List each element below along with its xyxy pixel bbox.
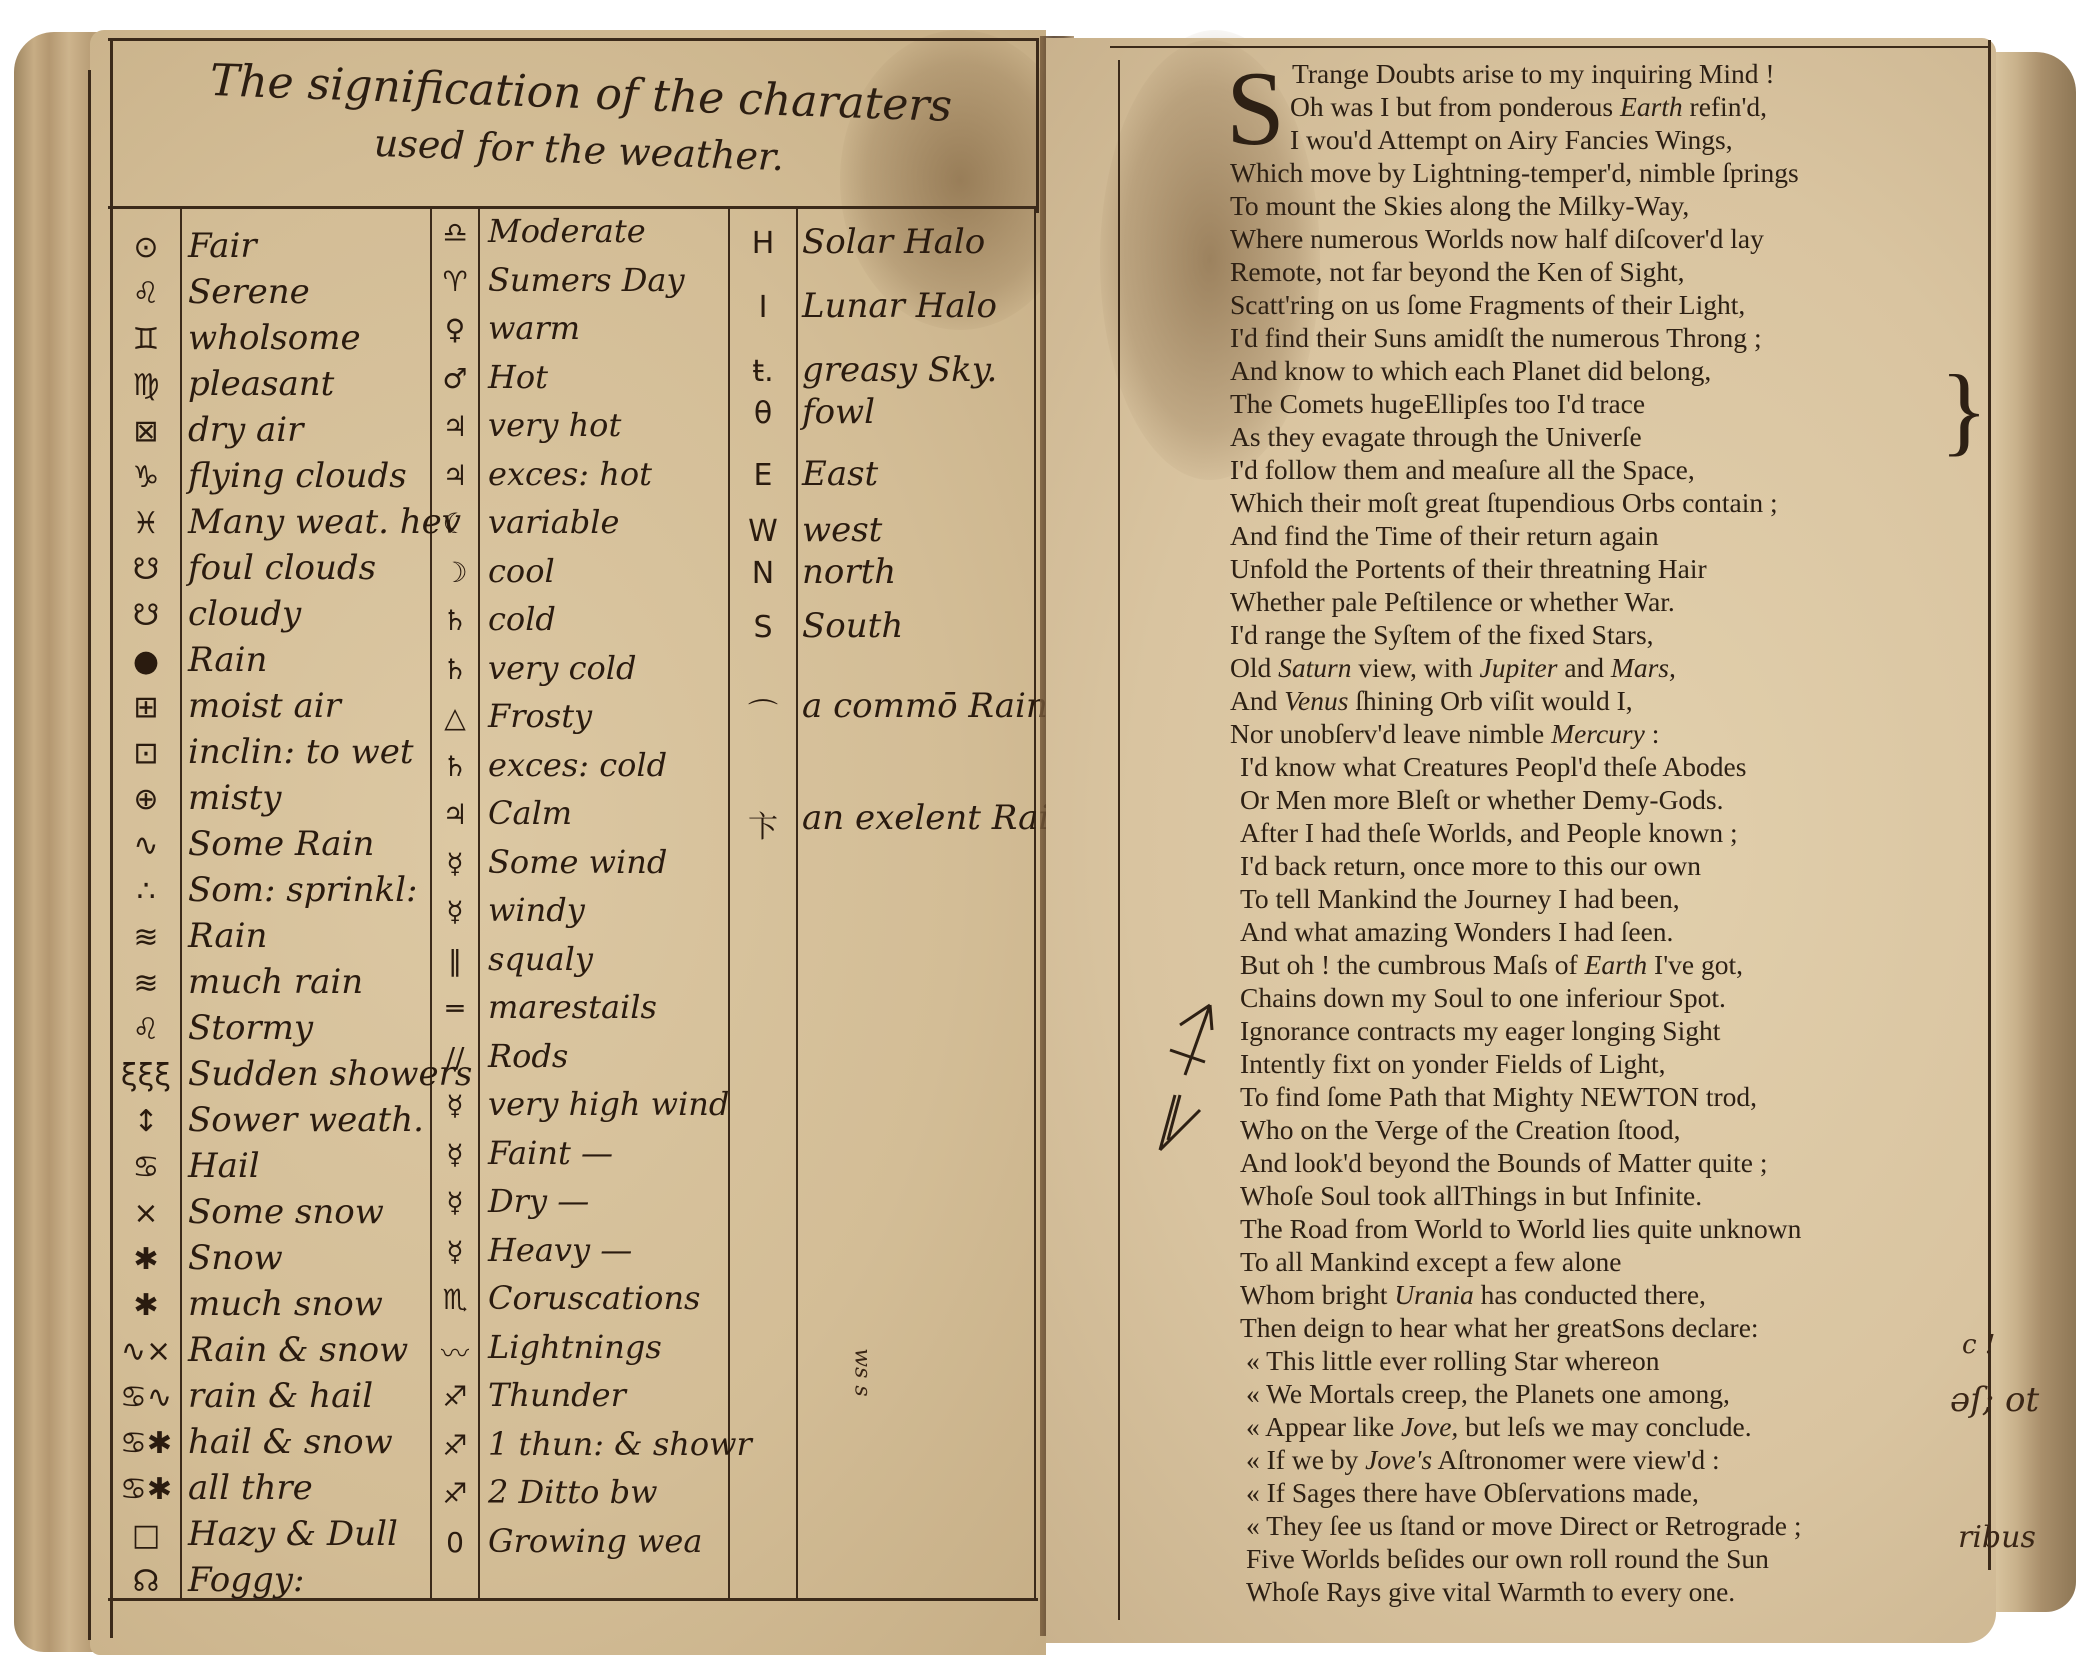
weather-label: very cold <box>488 649 636 687</box>
thunder-glyph-3-icon: ♐ <box>432 1477 478 1510</box>
poem-line: « They ſee us ſtand or move Direct or Re… <box>1246 1510 1802 1542</box>
weather-label: 1 thun: & showr <box>488 1425 752 1463</box>
poem-line: And find the Time of their return again <box>1230 520 1659 552</box>
double-bar-icon: ‖ <box>432 944 478 977</box>
weather-label: Thunder <box>488 1376 626 1414</box>
weather-label: cloudy <box>188 594 301 634</box>
thunder-glyph-2-icon: ♐ <box>432 1429 478 1462</box>
libra-icon: ♎ <box>432 216 478 249</box>
weather-label: squaly <box>488 940 593 978</box>
poem-line: Old Saturn view, with Jupiter and Mars, <box>1230 652 1676 684</box>
poem-line: Intently fixt on yonder Fields of Light, <box>1240 1048 1666 1080</box>
poem-line: I'd follow them and meaſure all the Spac… <box>1230 454 1695 486</box>
all-three-icon: ♋✱ <box>114 1472 178 1507</box>
poem-line: Where numerous Worlds now half diſcover'… <box>1230 223 1764 255</box>
weather-label: windy <box>488 891 585 929</box>
weather-label: flying clouds <box>188 456 407 496</box>
weather-label: Rain & snow <box>188 1330 408 1370</box>
weather-label: Serene <box>188 272 310 312</box>
weather-label: Many weat. hev <box>188 502 461 542</box>
double-dash-icon: ═ <box>432 992 478 1025</box>
jupiter-icon: ♃ <box>432 798 478 831</box>
mercury-5-icon: ☿ <box>432 1186 478 1219</box>
weather-label: Heavy — <box>488 1231 632 1269</box>
poem-line: Whether pale Peſtilence or whether War. <box>1230 586 1675 618</box>
leo-icon: ♌ <box>114 276 178 311</box>
column-rule-5 <box>796 208 798 1598</box>
node-icon: ☋ <box>114 552 178 587</box>
title-divider-rule <box>108 206 1038 209</box>
venus-icon: ♀ <box>432 313 478 346</box>
right-frame-top-rule <box>1110 46 1990 48</box>
poem-line: After I had theſe Worlds, and People kno… <box>1240 817 1738 849</box>
boxed-mercury-icon: ☿ <box>432 1235 478 1268</box>
poem-line: « Appear like Jove, but leſs we may conc… <box>1246 1411 1752 1443</box>
poem-line: Chains down my Soul to one inferiour Spo… <box>1240 982 1726 1014</box>
brace: } <box>1940 360 1988 460</box>
weather-label: very high wind <box>488 1085 729 1123</box>
weather-label: greasy Sky. <box>802 350 997 390</box>
gemini-icon: ♊ <box>114 322 178 357</box>
weather-label: exces: cold <box>488 746 667 784</box>
weather-label: Some wind <box>488 843 667 881</box>
weather-label: fowl <box>802 392 875 432</box>
poem-line: And know to which each Planet did belong… <box>1230 355 1711 387</box>
poem-line: I'd back return, once more to this our o… <box>1240 850 1701 882</box>
weather-label: pleasant <box>188 364 334 404</box>
weather-label: much rain <box>188 962 363 1002</box>
wavy-line-icon: 〰 <box>432 1332 478 1372</box>
poem-line: As they evagate through the Univerſe <box>1230 421 1642 453</box>
weather-label: much snow <box>188 1284 383 1324</box>
rainbow-glyph-icon: 卞 <box>730 802 796 846</box>
mercury-icon: ☿ <box>432 847 478 880</box>
poem-line: And look'd beyond the Bounds of Matter q… <box>1240 1147 1767 1179</box>
column-rule-1 <box>180 208 182 1598</box>
letter-w-icon: W <box>730 514 796 549</box>
poem-line: « If we by Jove's Aſtronomer were view'd… <box>1246 1444 1720 1476</box>
mars-icon: ♂ <box>432 362 478 395</box>
pisces-icon: ♓ <box>114 506 178 541</box>
weather-label: Coruscations <box>488 1279 700 1317</box>
poem-line: Or Men more Bleſt or whether Demy-Gods. <box>1240 784 1724 816</box>
grid-box-icon: ⊞ <box>114 690 178 725</box>
filled-circle-icon: ● <box>114 644 178 679</box>
poem-line: Whom bright Urania has conducted there, <box>1240 1279 1706 1311</box>
poem-line: Remote, not far beyond the Ken of Sight, <box>1230 256 1685 288</box>
weather-label: moist air <box>188 686 341 726</box>
poem-line: Which their moſt great ſtupendious Orbs … <box>1230 487 1778 519</box>
frame-right-rule <box>1036 38 1039 213</box>
saturn-2-icon: ♄ <box>432 653 478 686</box>
triangle-icon: △ <box>432 701 478 734</box>
triple-wave-icon: ≋ <box>114 966 178 1001</box>
poem-line: Trange Doubts arise to my inquiring Mind… <box>1292 58 1775 90</box>
weather-label: Lunar Halo <box>802 286 997 326</box>
jupiter-glyph-2-icon: ♃ <box>432 459 478 492</box>
virgo-icon: ♍ <box>114 368 178 403</box>
weather-label: Sudden showers <box>188 1054 472 1094</box>
wave-cross-icon: ∿× <box>114 1334 178 1369</box>
weather-label: marestails <box>488 988 657 1026</box>
weather-label: all thre <box>188 1468 313 1508</box>
poem-line: Ignorance contracts my eager longing Sig… <box>1240 1015 1720 1047</box>
poem-line: Which move by Lightning-temper'd, nimble… <box>1230 157 1799 189</box>
slashes-icon: // <box>432 1041 478 1074</box>
poem-line: I wou'd Attempt on Airy Fancies Wings, <box>1290 124 1733 156</box>
poem-line: To mount the Skies along the Milky-Way, <box>1230 190 1689 222</box>
weather-label: South <box>802 606 903 646</box>
asterisk-icon: ✱ <box>114 1242 178 1277</box>
squiggles-icon: ξξξ <box>114 1058 178 1093</box>
weather-label: Rods <box>488 1037 568 1075</box>
saturn-icon: ♄ <box>432 604 478 637</box>
cross-icon: × <box>114 1196 178 1231</box>
weather-label: west <box>802 510 882 550</box>
frame-top-rule <box>108 38 1038 41</box>
weather-label: Rain <box>188 640 267 680</box>
poem-line: Oh was I but from ponderous Earth refin'… <box>1290 91 1767 123</box>
hail-wave-icon: ♋∿ <box>114 1380 178 1415</box>
weather-label: variable <box>488 503 619 541</box>
weather-label: Frosty <box>488 697 592 735</box>
weather-label: Foggy: <box>188 1560 304 1600</box>
weather-label: cool <box>488 552 555 590</box>
weather-label: north <box>802 552 896 592</box>
weather-label: Fair <box>188 226 257 266</box>
poem-line: Whoſe Rays give vital Warmth to every on… <box>1246 1576 1735 1608</box>
weather-label: Some snow <box>188 1192 384 1232</box>
small-wave-icon: ∿ <box>114 828 178 863</box>
drop-cap: S <box>1226 56 1285 162</box>
crescent-right-icon: ☽ <box>432 556 478 589</box>
letter-s-icon: S <box>730 610 796 645</box>
asterisk-2-icon: ✱ <box>114 1288 178 1323</box>
margin-note-3: c ! <box>1962 1330 1995 1360</box>
sun-dot-icon: ⊙ <box>114 230 178 265</box>
poem-line: I'd find their Suns amidſt the numerous … <box>1230 322 1762 354</box>
letter-e-icon: E <box>730 458 796 493</box>
column-rule-6 <box>1034 208 1036 1598</box>
open-almanac: The signification of the charaters used … <box>0 0 2080 1674</box>
capricorn-icon: ♑ <box>114 460 178 495</box>
weather-label: Moderate <box>488 212 646 250</box>
thunder-glyph-icon: ♐ <box>432 1380 478 1413</box>
weather-label: East <box>802 454 878 494</box>
circle-cross-icon: ⊕ <box>114 782 178 817</box>
weather-label: Faint — <box>488 1134 613 1172</box>
sagittarius-arrow-icon <box>1150 1000 1230 1160</box>
loop-icon: ☊ <box>114 1564 178 1599</box>
weather-label: Some Rain <box>188 824 374 864</box>
poem-line: I'd know what Creatures Peopl'd theſe Ab… <box>1240 751 1746 783</box>
weather-label: foul clouds <box>188 548 376 588</box>
weather-label: 2 Ditto bw <box>488 1473 657 1511</box>
mercury-4-icon: ☿ <box>432 1138 478 1171</box>
weather-label: Lightnings <box>488 1328 662 1366</box>
margin-note-1: ǝſ; ot <box>1950 1380 2039 1420</box>
weather-label: Calm <box>488 794 572 832</box>
weather-label: Snow <box>188 1238 283 1278</box>
weather-label: Rain <box>188 916 267 956</box>
column-rule-3 <box>478 208 480 1598</box>
letter-i-icon: I <box>730 290 796 325</box>
weather-label: Solar Halo <box>802 222 985 262</box>
right-frame-left-rule <box>1118 60 1120 1620</box>
poem-line: Who on the Verge of the Creation ſtood, <box>1240 1114 1681 1146</box>
weather-label: very hot <box>488 406 621 444</box>
hail-star-icon: ♋✱ <box>114 1426 178 1461</box>
poem-line: « This little ever rolling Star whereon <box>1246 1345 1660 1377</box>
scorpio-icon: ♏ <box>432 1283 478 1316</box>
poem-line: The Road from World to World lies quite … <box>1240 1213 1801 1245</box>
poem-line: To find ſome Path that Mighty NEWTON tro… <box>1240 1081 1757 1113</box>
poem-line: I'd range the Syſtem of the fixed Stars, <box>1230 619 1654 651</box>
weather-label: hail & snow <box>188 1422 393 1462</box>
t-dot-icon: ŧ. <box>730 354 796 389</box>
weather-label: Sumers Day <box>488 261 685 299</box>
weather-label: Hot <box>488 358 548 396</box>
letter-h-icon: H <box>730 226 796 261</box>
storm-glyph-icon: ♌ <box>114 1012 178 1047</box>
poem-line: « If Sages there have Obſervations made, <box>1246 1477 1699 1509</box>
poem-line: Then deign to hear what her greatSons de… <box>1240 1312 1759 1344</box>
poem-line: But oh ! the cumbrous Maſs of Earth I've… <box>1240 949 1743 981</box>
poem-line: To all Mankind except a few alone <box>1240 1246 1621 1278</box>
arc-icon: ⌒ <box>730 690 796 734</box>
poem-line: Scatt'ring on us ſome Fragments of their… <box>1230 289 1745 321</box>
weather-label: Sower weath. <box>188 1100 424 1140</box>
weather-label: dry air <box>188 410 303 450</box>
weather-label: warm <box>488 309 580 347</box>
theta-icon: θ <box>730 396 796 431</box>
poem-line: Five Worlds beſides our own roll round t… <box>1246 1543 1769 1575</box>
weather-label: wholsome <box>188 318 361 358</box>
mercury-2-icon: ☿ <box>432 895 478 928</box>
poem-line: « We Mortals creep, the Planets one amon… <box>1246 1378 1730 1410</box>
weather-label: Hail <box>188 1146 260 1186</box>
weather-label: exces: hot <box>488 455 652 493</box>
frame-left-rule <box>110 38 113 1638</box>
wave-box-icon: ⊡ <box>114 736 178 771</box>
right-page-stack-edge <box>1990 52 2076 1612</box>
outer-left-rule <box>88 70 91 1640</box>
poem-line: Whoſe Soul took allThings in but Infinit… <box>1240 1180 1702 1212</box>
saturn-cross-icon: ♄ <box>432 750 478 783</box>
poem-line: Nor unobſerv'd leave nimble Mercury : <box>1230 718 1659 750</box>
cancer-icon: ♋ <box>114 1150 178 1185</box>
arrow-icon: ↕ <box>114 1104 178 1139</box>
weather-label: Growing wea <box>488 1522 702 1560</box>
letter-n-icon: N <box>730 556 796 591</box>
mercury-3-icon: ☿ <box>432 1089 478 1122</box>
crossed-box-icon: ⊠ <box>114 414 178 449</box>
weather-label: rain & hail <box>188 1376 373 1416</box>
poem-line: And Venus ſhining Orb viſit would I, <box>1230 685 1633 717</box>
weather-label: cold <box>488 600 556 638</box>
node-2-icon: ☋ <box>114 598 178 633</box>
dots-icon: ∴ <box>114 874 178 909</box>
double-wave-icon: ≋ <box>114 920 178 955</box>
aries-icon: ♈ <box>432 265 478 298</box>
jupiter-glyph-icon: ♃ <box>432 410 478 443</box>
weather-label: Hazy & Dull <box>188 1514 398 1554</box>
poem-line: And what amazing Wonders I had ſeen. <box>1240 916 1673 948</box>
margin-note-2: ribus <box>1958 1520 2036 1555</box>
poem-line: The Comets hugeEllipſes too I'd trace <box>1230 388 1645 420</box>
zero-icon: 0 <box>432 1526 478 1559</box>
weather-label: inclin: to wet <box>188 732 414 772</box>
weather-label: Stormy <box>188 1008 313 1048</box>
poem-line: To tell Mankind the Journey I had been, <box>1240 883 1680 915</box>
marginalia-note: ws s <box>850 1348 875 1396</box>
crescent-left-icon: ☾ <box>432 507 478 540</box>
weather-label: Som: sprinkl: <box>188 870 417 910</box>
weather-label: Dry — <box>488 1182 589 1220</box>
empty-box-icon: □ <box>114 1518 178 1553</box>
weather-label: misty <box>188 778 281 818</box>
poem-line: Unfold the Portents of their threatning … <box>1230 553 1707 585</box>
